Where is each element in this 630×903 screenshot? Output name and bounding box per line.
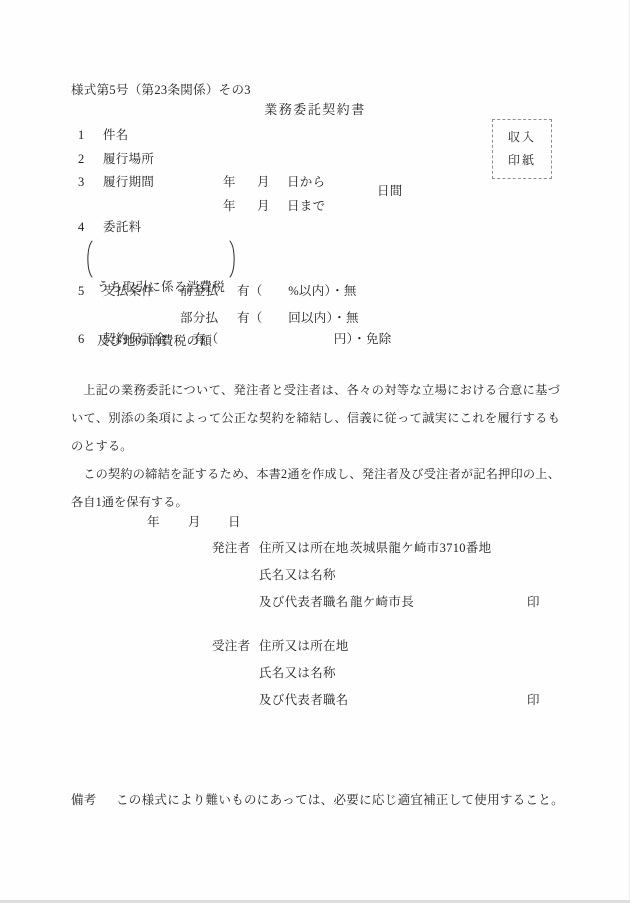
contractor-role: 受注者: [212, 640, 250, 653]
period-from-month: 月: [257, 176, 270, 189]
item1-number: 1: [78, 129, 85, 142]
orderer-address-value: 茨城県龍ケ崎市3710番地: [350, 542, 491, 555]
orderer-address-label: 住所又は所在地: [259, 542, 349, 555]
document-title: 業務委託契約書: [0, 103, 630, 117]
left-parenthesis-icon: [84, 240, 93, 278]
stamp-line2: 印紙: [508, 154, 536, 167]
right-parenthesis-icon: [229, 240, 238, 278]
orderer-name-label: 氏名又は名称: [259, 569, 336, 582]
orderer-title-value: 龍ケ崎市長: [350, 596, 414, 609]
revenue-stamp-box: 収入 印紙: [492, 119, 552, 179]
body-paragraph-2: この契約の締結を証するため、本書2通を作成し、発注者及び受注者が記名押印の上、各…: [71, 460, 560, 516]
contractor-seal-mark: 印: [527, 694, 540, 707]
item4-number: 4: [78, 221, 85, 234]
period-from-day: 日から: [287, 176, 325, 189]
item5-label: 支払条件: [103, 285, 154, 298]
remarks-text: この様式により難いものにあっては、必要に応じ適宜補正して使用すること。: [116, 794, 564, 807]
item4-label: 委託料: [103, 221, 141, 234]
contractor-name-label: 氏名又は名称: [259, 667, 336, 680]
orderer-role: 発注者: [212, 542, 250, 555]
item6-number: 6: [78, 333, 85, 346]
period-to-year: 年: [223, 200, 236, 213]
stamp-line1: 収入: [508, 131, 536, 144]
document-page: 様式第5号（第23条関係）その3 業務委託契約書 収入 印紙 1 件名 2 履行…: [0, 0, 630, 903]
period-to-day: 日まで: [287, 200, 325, 213]
period-from-year: 年: [223, 176, 236, 189]
item5-number: 5: [78, 285, 85, 298]
date-month: 月: [188, 516, 201, 529]
date-year: 年: [147, 516, 160, 529]
advance-payment-label: 前金払: [180, 285, 218, 298]
contractor-address-label: 住所又は所在地: [259, 640, 349, 653]
item2-label: 履行場所: [103, 153, 154, 166]
item3-number: 3: [78, 176, 85, 189]
date-day: 日: [228, 516, 241, 529]
remarks-label: 備考: [71, 794, 97, 807]
orderer-title-label: 及び代表者職名: [259, 596, 349, 609]
advance-payment-option: 有（ %以内）・無: [237, 285, 357, 298]
partial-payment-option: 有（ 回以内）・無: [237, 312, 359, 325]
guarantee-option: 有（ 円）・免除: [193, 333, 392, 346]
form-number: 様式第5号（第23条関係）その3: [71, 84, 251, 97]
partial-payment-label: 部分払: [180, 312, 218, 325]
contract-body-text: 上記の業務委託について、発注者と受注者は、各々の対等な立場における合意に基づいて…: [71, 376, 560, 516]
item3-label: 履行期間: [103, 176, 154, 189]
item1-label: 件名: [103, 129, 129, 142]
contractor-title-label: 及び代表者職名: [259, 694, 349, 707]
period-duration: 日間: [377, 185, 403, 198]
orderer-seal-mark: 印: [527, 596, 540, 609]
body-paragraph-1: 上記の業務委託について、発注者と受注者は、各々の対等な立場における合意に基づいて…: [71, 376, 560, 460]
tax-note-bracket: うち取引に係る消費税 及び地方消費税の額: [84, 240, 238, 278]
item2-number: 2: [78, 153, 85, 166]
period-to-month: 月: [257, 200, 270, 213]
tax-note-text: うち取引に係る消費税 及び地方消費税の額: [93, 240, 229, 278]
item6-label: 契約保証金: [103, 333, 167, 346]
